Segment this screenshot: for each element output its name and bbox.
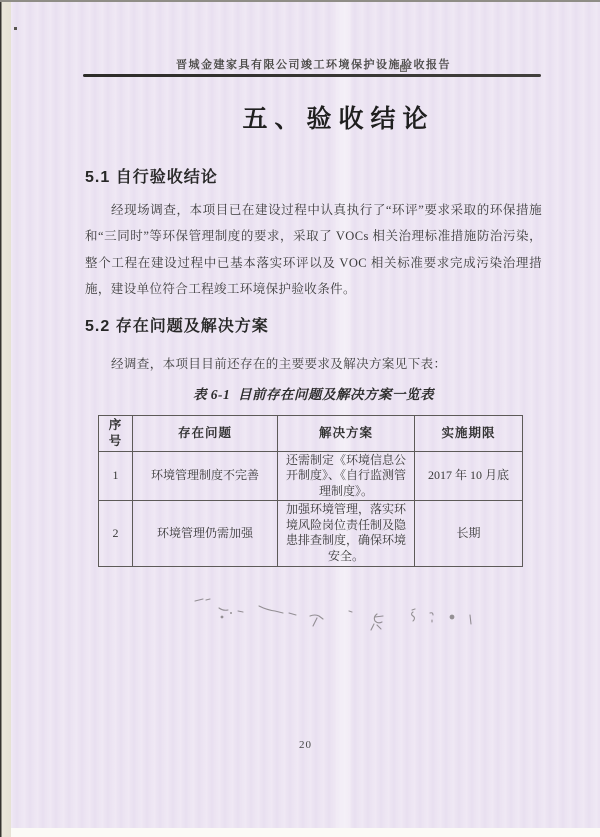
- issues-table: 序号 存在问题 解决方案 实施期限 1 环境管理制度不完善 还需制定《环境信息公…: [98, 415, 523, 567]
- section-5-2-paragraph: 经调查，本项目目前还存在的主要要求及解决方案见下表：: [85, 351, 542, 377]
- section-heading-5-1: 5.1 自行验收结论: [85, 164, 218, 187]
- cell-problem: 环境管理仍需加强: [133, 501, 278, 566]
- scanned-page: 晋城金建家具有限公司竣工环境保护设施验收报告 五、验收结论 5.1 自行验收结论…: [0, 0, 600, 837]
- scan-artifact-square: [400, 65, 407, 72]
- section-heading-5-2: 5.2 存在问题及解决方案: [85, 313, 269, 336]
- page-number: 20: [11, 739, 600, 751]
- cell-deadline: 长期: [415, 501, 523, 566]
- section-5-1-paragraph: 经现场调查，本项目已在建设过程中认真执行了“环评”要求采取的环保措施和“三同时”…: [85, 197, 542, 303]
- cell-no: 2: [99, 501, 133, 566]
- scan-left-edge: [0, 0, 11, 837]
- cell-problem: 环境管理制度不完善: [133, 451, 278, 501]
- cell-deadline: 2017 年 10 月底: [415, 451, 523, 501]
- cell-solution: 加强环境管理，落实环境风险岗位责任制及隐患排查制度，确保环境安全。: [278, 501, 415, 566]
- cell-solution: 还需制定《环境信息公开制度》、《自行监测管理制度》。: [278, 451, 415, 501]
- chapter-title: 五、验收结论: [44, 99, 600, 135]
- cell-no: 1: [99, 451, 133, 501]
- table-header-row: 序号 存在问题 解决方案 实施期限: [99, 416, 523, 452]
- document-paper: 晋城金建家具有限公司竣工环境保护设施验收报告 五、验收结论 5.1 自行验收结论…: [11, 2, 600, 828]
- table-caption: 表 6-1 目前存在问题及解决方案一览表: [19, 383, 600, 403]
- header-rule-line: [83, 74, 541, 77]
- scan-smudges: [191, 590, 483, 638]
- column-header-solution: 解决方案: [278, 416, 415, 452]
- column-header-deadline: 实施期限: [415, 416, 523, 452]
- column-header-no: 序号: [99, 416, 133, 452]
- table-row: 1 环境管理制度不完善 还需制定《环境信息公开制度》、《自行监测管理制度》。 2…: [99, 451, 523, 501]
- running-header-title: 晋城金建家具有限公司竣工环境保护设施验收报告: [19, 56, 600, 72]
- table-row: 2 环境管理仍需加强 加强环境管理，落实环境风险岗位责任制及隐患排查制度，确保环…: [99, 501, 523, 566]
- scan-speck: [14, 27, 17, 30]
- column-header-problem: 存在问题: [133, 416, 278, 452]
